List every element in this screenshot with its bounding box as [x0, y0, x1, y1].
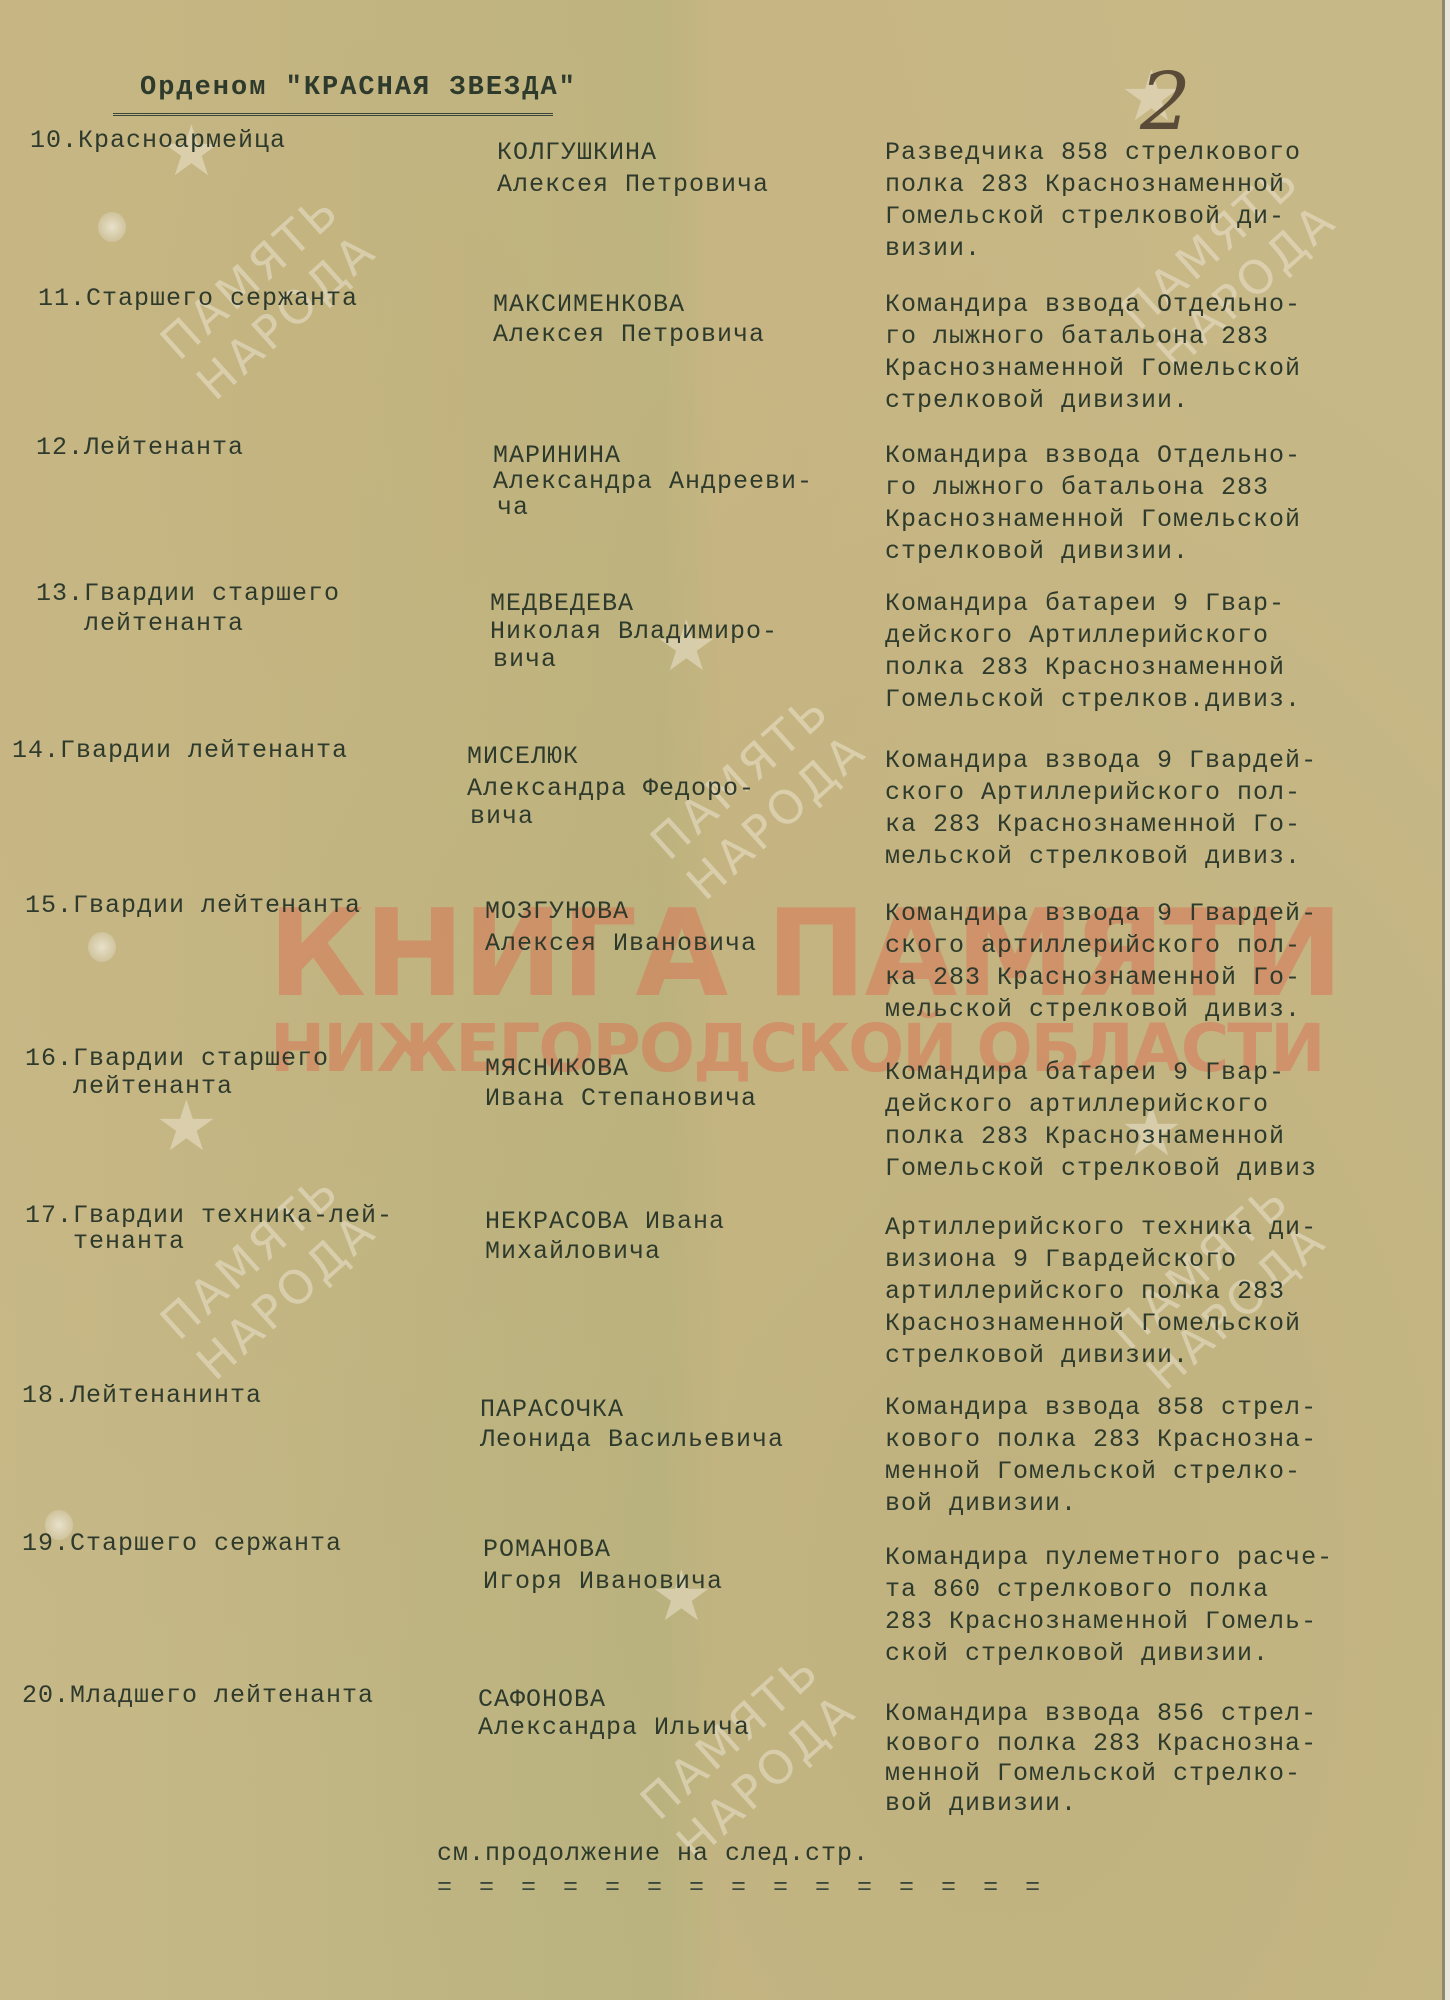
entry-description-line: Командира пулеметного расче- [885, 1542, 1333, 1574]
entry-description-line: Краснознаменной Гомельской [885, 504, 1301, 536]
entry-surname: НЕКРАСОВА Ивана [485, 1206, 725, 1238]
entry-surname: МИСЕЛЮК [467, 741, 579, 773]
entry-description-line: ского Артиллерийского пол- [885, 777, 1301, 809]
entry-description-line: мельской стрелковой дивиз. [885, 841, 1301, 873]
document-title: Орденом "КРАСНАЯ ЗВЕЗДА" [140, 72, 577, 104]
entry-given-names-cont: вича [493, 644, 557, 676]
title-underline [113, 113, 553, 116]
entry-rank: Лейтенанинта [70, 1380, 262, 1412]
paper-damage-spot [98, 212, 126, 242]
entry-given-names: Алексея Петровича [493, 319, 765, 351]
entry-description-line: Гомельской стрелковой дивиз [885, 1153, 1317, 1185]
entry-description-line: стрелковой дивизии. [885, 1340, 1189, 1372]
entry-description-line: кового полка 283 Краснозна- [885, 1424, 1317, 1456]
entry-number: 15. [25, 890, 73, 922]
entry-given-names: Игоря Ивановича [483, 1566, 723, 1598]
entry-rank-cont: лейтенанта [73, 1071, 233, 1103]
entry-rank: Младшего лейтенанта [70, 1680, 374, 1712]
entry-description-line: Краснознаменной Гомельской [885, 1308, 1301, 1340]
entry-given-names: Александра Андрееви- [493, 466, 813, 498]
entry-description-line: Командира взвода Отдельно- [885, 289, 1301, 321]
entry-description-line: менной Гомельской стрелко- [885, 1456, 1301, 1488]
entry-given-names-cont: ча [497, 492, 529, 524]
paper-damage-spot [88, 932, 116, 962]
entry-description-line: стрелковой дивизии. [885, 385, 1189, 417]
continuation-note: см.продолжение на след.стр. [437, 1838, 869, 1870]
entry-description-line: дейского артиллерийского [885, 1089, 1269, 1121]
entry-rank-cont: лейтенанта [84, 608, 244, 640]
entry-number: 17. [25, 1200, 73, 1232]
entry-description-line: ской стрелковой дивизии. [885, 1638, 1269, 1670]
entry-description-line: Краснознаменной Гомельской [885, 353, 1301, 385]
entry-description-line: Командира взвода 9 Гвардей- [885, 898, 1317, 930]
entry-number: 20. [22, 1680, 70, 1712]
entry-number: 16. [25, 1043, 73, 1075]
entry-rank-cont: тенанта [73, 1226, 185, 1258]
entry-description-line: мельской стрелковой дивиз. [885, 994, 1301, 1026]
entry-description-line: вой дивизии. [885, 1488, 1077, 1520]
entry-description-line: Командира взвода Отдельно- [885, 440, 1301, 472]
handwritten-page-number: 2 [1140, 55, 1191, 148]
entry-description-line: визиона 9 Гвардейского [885, 1244, 1237, 1276]
entry-number: 12. [36, 432, 84, 464]
document-page: КНИГА ПАМЯТИ НИЖЕГОРОДСКОЙ ОБЛАСТИ ★ ПАМ… [0, 0, 1445, 2000]
entry-given-names: Ивана Степановича [485, 1083, 757, 1115]
entry-description-line: го лыжного батальона 283 [885, 321, 1269, 353]
entry-number: 13. [36, 578, 84, 610]
entry-number: 14. [12, 735, 60, 767]
entry-description-line: менной Гомельской стрелко- [885, 1758, 1301, 1790]
entry-surname: МЯСНИКОВА [485, 1053, 629, 1085]
entry-description-line: артиллерийского полка 283 [885, 1276, 1285, 1308]
entry-given-names: Михайловича [485, 1236, 661, 1268]
entry-surname: КОЛГУШКИНА [497, 137, 657, 169]
entry-description-line: визии. [885, 233, 981, 265]
footer-double-rule: = = = = = = = = = = = = = = = [437, 1872, 1046, 1904]
entry-given-names: Леонида Васильевича [480, 1424, 784, 1456]
entry-description-line: Гомельской стрелковой ди- [885, 201, 1285, 233]
entry-rank: Гвардии лейтенанта [73, 890, 361, 922]
entry-description-line: го лыжного батальона 283 [885, 472, 1269, 504]
entry-surname: ПАРАСОЧКА [480, 1394, 624, 1426]
entry-description-line: Разведчика 858 стрелкового [885, 137, 1301, 169]
entry-surname: МАКСИМЕНКОВА [493, 289, 685, 321]
entry-rank: Старшего сержанта [86, 283, 358, 315]
entry-description-line: Командира батареи 9 Гвар- [885, 1057, 1285, 1089]
entry-surname: МОЗГУНОВА [485, 896, 629, 928]
entry-description-line: вой дивизии. [885, 1788, 1077, 1820]
entry-number: 19. [22, 1528, 70, 1560]
entry-description-line: Командира батареи 9 Гвар- [885, 588, 1285, 620]
entry-description-line: Командира взвода 9 Гвардей- [885, 745, 1317, 777]
entry-description-line: полка 283 Краснознаменной [885, 169, 1285, 201]
entry-description-line: 283 Краснознаменной Гомель- [885, 1606, 1317, 1638]
entry-description-line: ка 283 Краснознаменной Го- [885, 962, 1301, 994]
entry-given-names: Алексея Ивановича [485, 928, 757, 960]
entry-description-line: Артиллерийского техника ди- [885, 1212, 1317, 1244]
entry-rank: Красноармейца [78, 125, 286, 157]
entry-description-line: дейского Артиллерийского [885, 620, 1269, 652]
entry-description-line: полка 283 Краснознаменной [885, 652, 1285, 684]
entry-number: 11. [38, 283, 86, 315]
entry-description-line: полка 283 Краснознаменной [885, 1121, 1285, 1153]
watermark-pamyat-naroda: ПАМЯТЬ НАРОДА [630, 1642, 867, 1870]
entry-given-names-cont: вича [470, 801, 534, 833]
entry-rank: Гвардии лейтенанта [60, 735, 348, 767]
entry-number: 18. [22, 1380, 70, 1412]
entry-rank: Лейтенанта [84, 432, 244, 464]
watermark-pamyat-naroda: ПАМЯТЬ НАРОДА [150, 1162, 387, 1390]
entry-given-names: Александра Ильича [478, 1712, 750, 1744]
entry-description-line: та 860 стрелкового полка [885, 1574, 1269, 1606]
entry-description-line: кового полка 283 Краснозна- [885, 1728, 1317, 1760]
entry-rank: Старшего сержанта [70, 1528, 342, 1560]
entry-description-line: ского артиллерийского пол- [885, 930, 1301, 962]
entry-description-line: Гомельской стрелков.дивиз. [885, 684, 1301, 716]
entry-rank: Гвардии старшего [84, 578, 340, 610]
entry-description-line: ка 283 Краснознаменной Го- [885, 809, 1301, 841]
entry-given-names: Алексея Петровича [497, 169, 769, 201]
entry-number: 10. [30, 125, 78, 157]
entry-surname: РОМАНОВА [483, 1534, 611, 1566]
entry-description-line: Командира взвода 858 стрел- [885, 1392, 1317, 1424]
entry-description-line: стрелковой дивизии. [885, 536, 1189, 568]
entry-description-line: Командира взвода 856 стрел- [885, 1698, 1317, 1730]
